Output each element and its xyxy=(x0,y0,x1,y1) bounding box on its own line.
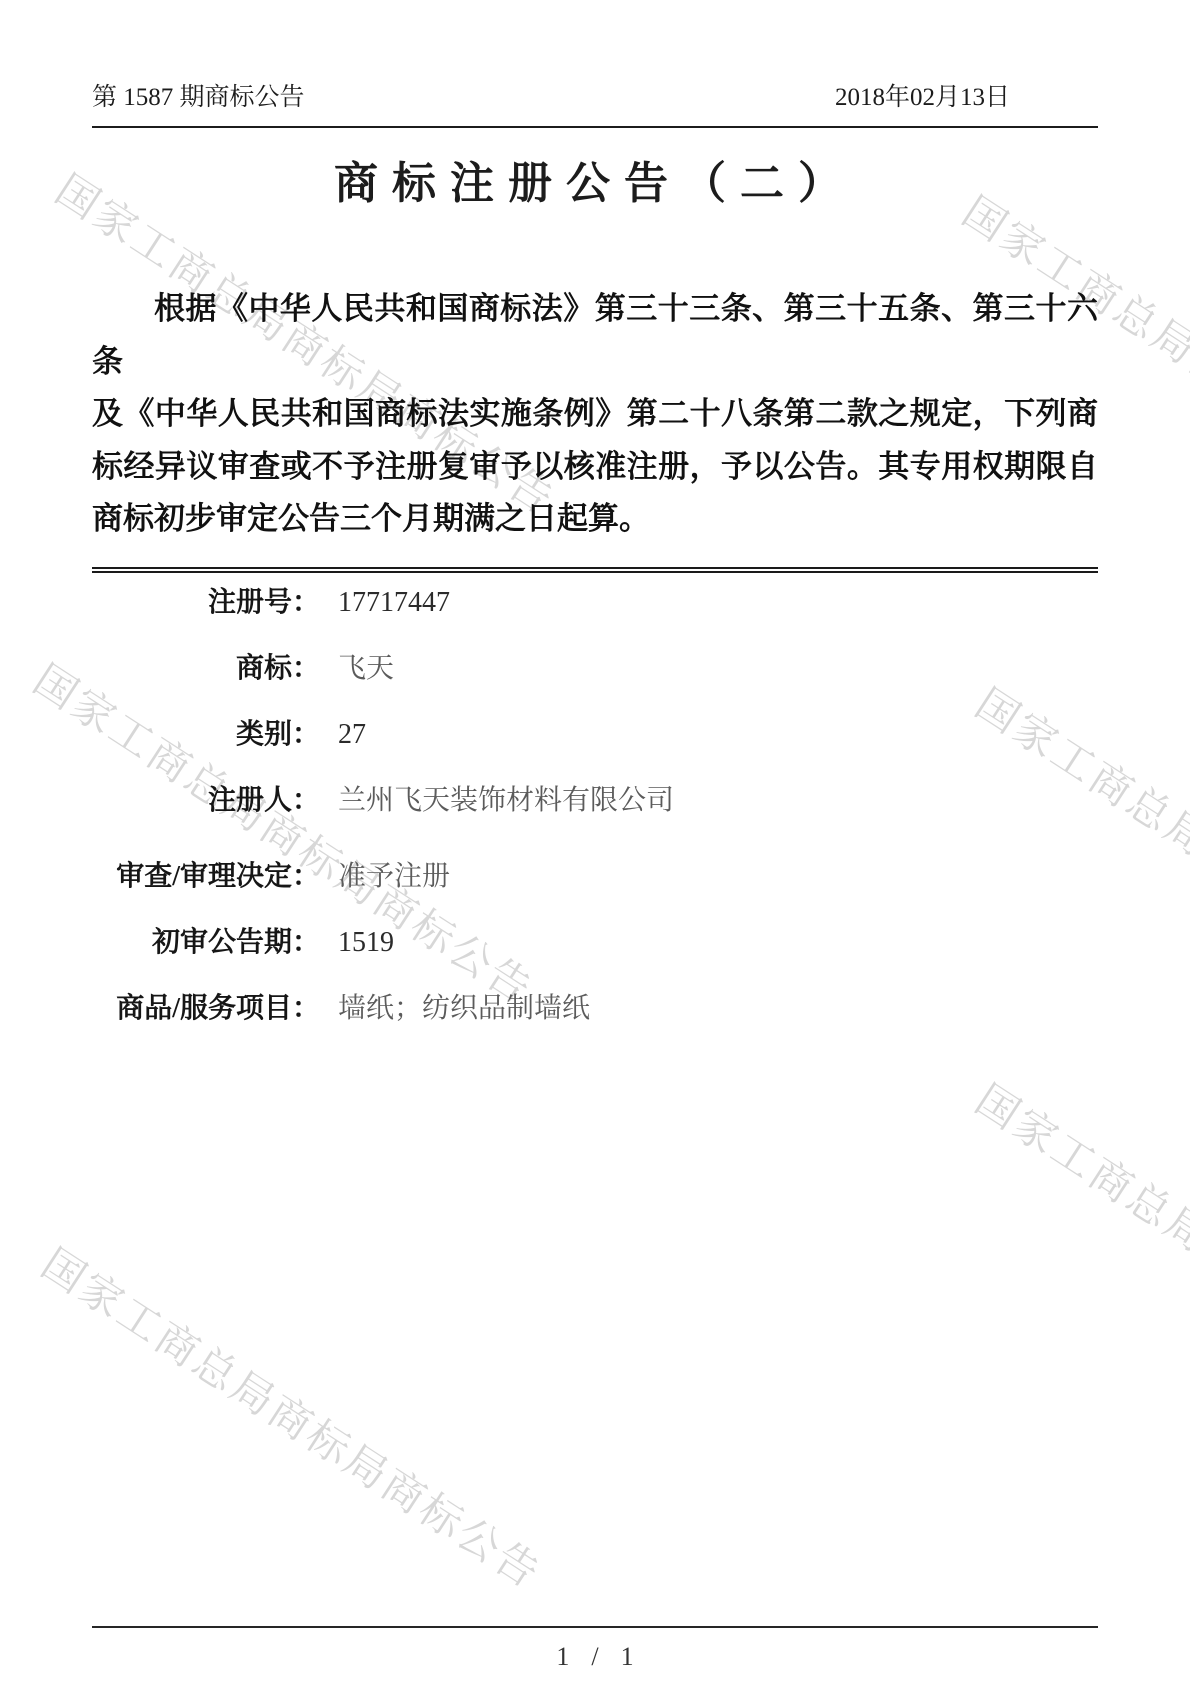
record-row-registration-number: 注册号： 17717447 xyxy=(92,588,1098,618)
page-indicator: 1/1 xyxy=(0,1642,1190,1672)
field-label: 商标： xyxy=(92,654,320,684)
page-total: 1 xyxy=(621,1642,634,1671)
field-value: 准予注册 xyxy=(338,862,450,892)
notice-line: 商标初步审定公告三个月期满之日起算。 xyxy=(92,493,1098,546)
trademark-record: 注册号： 17717447 商标： 飞天 类别： 27 注册人： 兰州飞天装饰材… xyxy=(92,588,1098,1024)
notice-line: 及《中华人民共和国商标法实施条例》第二十八条第二款之规定，下列商 xyxy=(92,388,1098,441)
field-label: 初审公告期： xyxy=(92,928,320,958)
notice-paragraph: 根据《中华人民共和国商标法》第三十三条、第三十五条、第三十六条 及《中华人民共和… xyxy=(92,283,1098,546)
field-value: 飞天 xyxy=(338,654,394,684)
header-rule xyxy=(92,126,1098,128)
record-row-goods-services: 商品/服务项目： 墙纸；纺织品制墙纸 xyxy=(92,994,1098,1024)
record-row-decision: 审查/审理决定： 准予注册 xyxy=(92,862,1098,892)
notice-line: 标经异议审查或不予注册复审予以核准注册，予以公告。其专用权期限自 xyxy=(92,441,1098,494)
field-value: 墙纸；纺织品制墙纸 xyxy=(338,994,590,1024)
field-label: 审查/审理决定： xyxy=(92,862,320,892)
notice-line: 根据《中华人民共和国商标法》第三十三条、第三十五条、第三十六条 xyxy=(92,283,1098,388)
field-label: 商品/服务项目： xyxy=(92,994,320,1024)
field-label: 注册人： xyxy=(92,786,320,816)
record-row-preliminary-gazette: 初审公告期： 1519 xyxy=(92,928,1098,958)
page-separator: / xyxy=(591,1642,598,1671)
record-row-trademark: 商标： 飞天 xyxy=(92,654,1098,684)
field-label: 注册号： xyxy=(92,588,320,618)
gazette-issue: 第 1587 期商标公告 xyxy=(92,84,305,112)
record-row-registrant: 注册人： 兰州飞天装饰材料有限公司 xyxy=(92,786,1098,816)
gazette-date: 2018年02月13日 xyxy=(835,84,1010,112)
watermark-text: 国家工商总局商标局商标公告 xyxy=(965,1068,1190,1437)
field-value: 17717447 xyxy=(338,588,450,618)
page-title: 商标注册公告（二） xyxy=(92,158,1098,210)
gazette-page: 国家工商总局商标局商标公告 国家工商总局商标局商标公告 国家工商总局商标局商标公… xyxy=(0,0,1190,1684)
watermark-text: 国家工商总局商标局商标公告 xyxy=(31,1232,554,1601)
record-row-class: 类别： 27 xyxy=(92,720,1098,750)
field-value: 兰州飞天装饰材料有限公司 xyxy=(338,786,674,816)
field-value: 1519 xyxy=(338,928,394,958)
footer-rule xyxy=(92,1626,1098,1628)
field-label: 类别： xyxy=(92,720,320,750)
section-divider xyxy=(92,567,1098,573)
page-header: 第 1587 期商标公告 2018年02月13日 xyxy=(92,84,1098,112)
field-value: 27 xyxy=(338,720,366,750)
page-current: 1 xyxy=(556,1642,569,1671)
